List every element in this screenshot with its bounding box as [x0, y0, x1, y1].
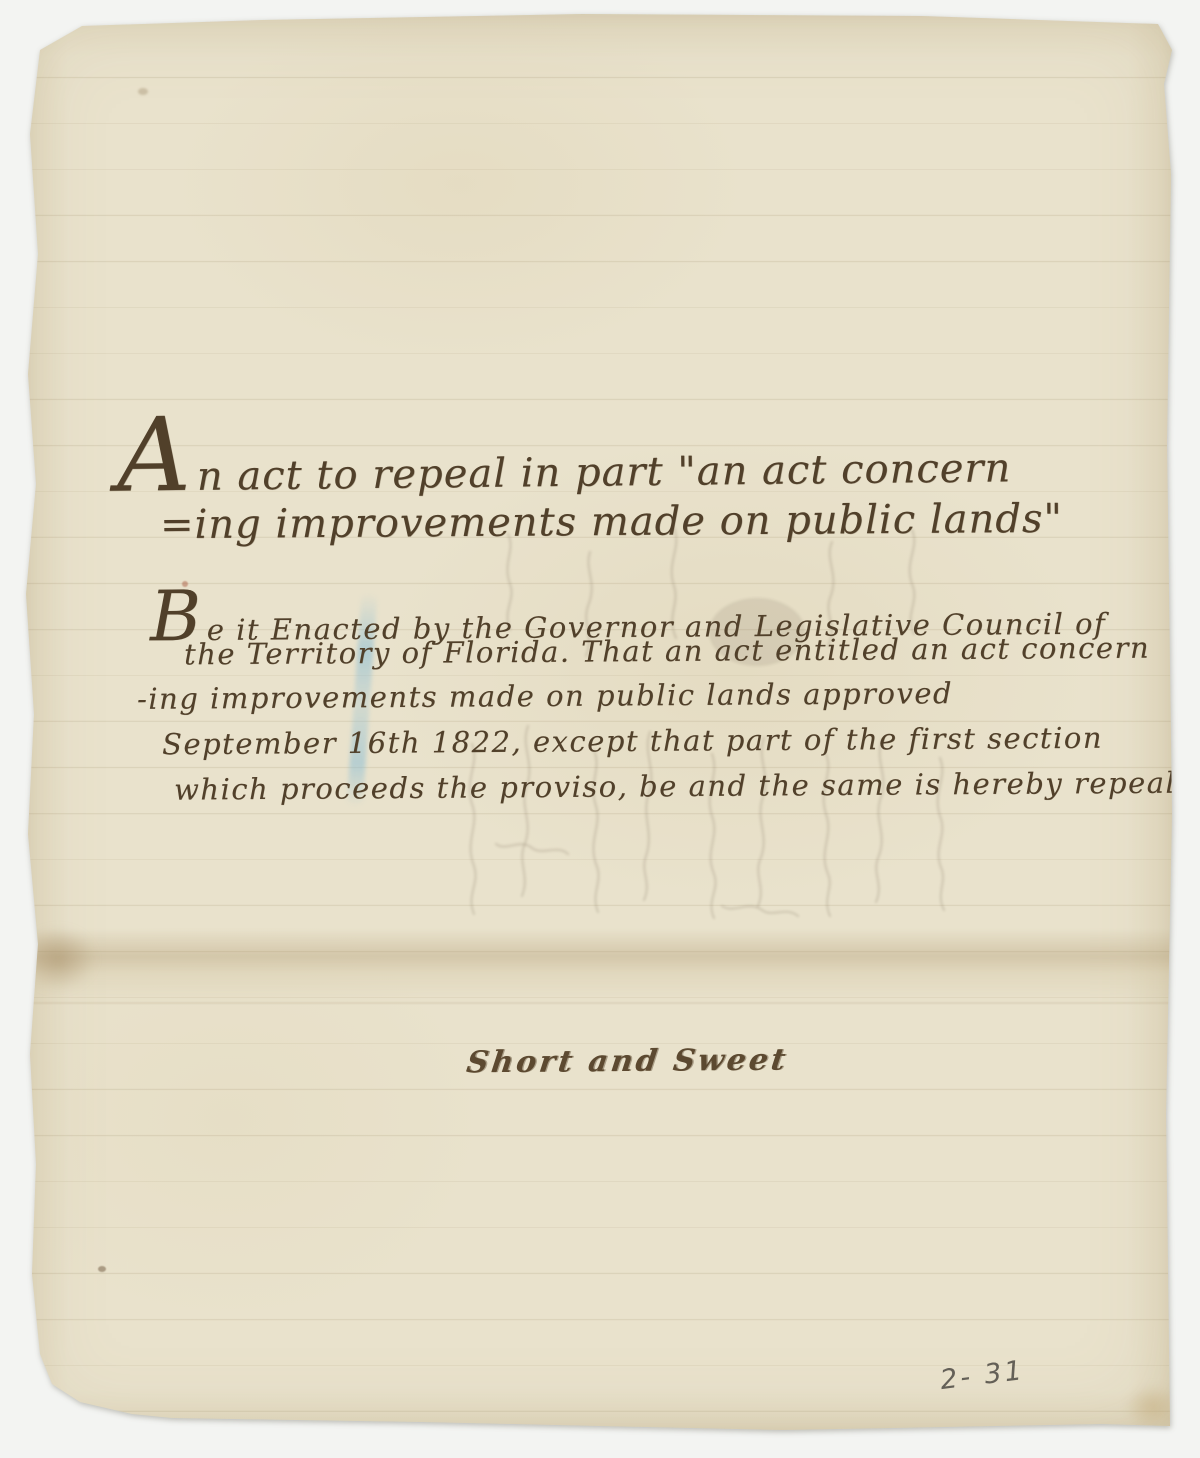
manuscript-paper: An act to repeal in part "an act concern…: [22, 14, 1174, 1432]
corner-stain: [1114, 1376, 1192, 1438]
fold-crease-minor: [22, 1002, 1174, 1004]
ink-speck: [138, 88, 148, 95]
body-line: which proceeds the proviso, be and the s…: [174, 765, 1200, 807]
short-and-sweet-annotation: Short and Sweet: [465, 1043, 791, 1081]
manuscript-scan: An act to repeal in part "an act concern…: [0, 0, 1200, 1458]
edge-stain: [8, 917, 108, 1001]
act-title-line-2: =ing improvements made on public lands": [160, 497, 1063, 547]
ghost-stroke: [758, 738, 765, 906]
body-line: September 16th 1822, except that part of…: [162, 721, 1103, 762]
ghost-stroke: [722, 906, 798, 916]
ghost-stroke: [876, 740, 883, 902]
scan-background: { "document": { "title": { "line1": "An …: [0, 0, 1200, 1458]
ghost-stroke: [470, 744, 476, 914]
body-line: -ing improvements made on public lands a…: [137, 676, 953, 716]
ghost-stroke: [496, 844, 568, 854]
act-title-line-1: An act to repeal in part "an act concern: [116, 391, 1011, 513]
body-line: the Territory of Florida. That an act en…: [184, 631, 1150, 673]
ink-speck: [98, 1266, 106, 1272]
